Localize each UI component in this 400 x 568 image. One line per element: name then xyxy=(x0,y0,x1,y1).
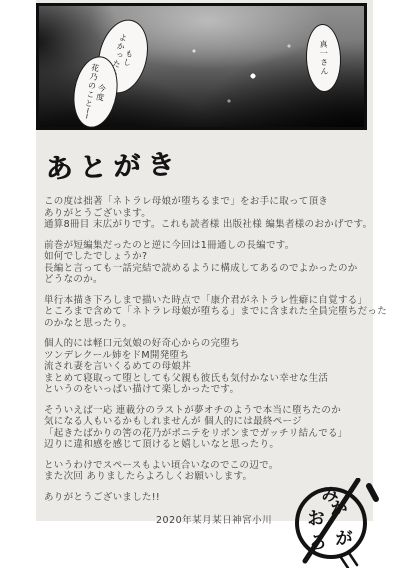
bubble-text-column: 真一さん xyxy=(318,40,329,76)
afterword-line: 長編と言っても一話完結で読めるように構成してあるのでよかったのか xyxy=(44,263,366,275)
signature-doodle-icon: み か お が ろ xyxy=(288,478,398,568)
afterword-line: 如何でしたでしょうか? xyxy=(44,251,366,263)
signature-leg xyxy=(349,553,357,565)
afterword-paragraph: 前巻が短編集だったのと逆に今回は1冊通しの長編です。 如何でしたでしょうか? 長… xyxy=(44,240,366,286)
signature-leg xyxy=(340,556,348,568)
signature-stroke xyxy=(369,486,376,499)
afterword-line: どうなのか。 xyxy=(44,274,366,286)
afterword-line: 前巻が短編集だったのと逆に今回は1冊通しの長編です。 xyxy=(44,240,366,252)
afterword-line: 流され妻を言いくるめての母娘丼 xyxy=(44,361,366,373)
afterword-line: 個人的には軽口元気娘の好奇心からの完堕ち xyxy=(44,338,366,350)
signature-kana: ろ xyxy=(310,533,327,553)
afterword-line: 単行本描き下ろしまで描いた時点で「康介君がネトラレ性癖に自覚する」 xyxy=(44,295,366,307)
afterword-line: 辺りに違和感を感じて頂けると嬉しいなと思ったり。 xyxy=(44,439,366,451)
afterword-paragraph: 単行本描き下ろしまで描いた時点で「康介君がネトラレ性癖に自覚する」 ところまで含… xyxy=(44,295,366,330)
signature-kana: お xyxy=(308,509,325,529)
speech-bubble-text: 真一さん xyxy=(318,40,329,76)
afterword-paragraph: 個人的には軽口元気娘の好奇心からの完堕ち ツンデレクール姉をドM開発堕ち 流され… xyxy=(44,338,366,396)
speech-bubble-text: 今度 花乃のこと── xyxy=(81,62,111,121)
afterword-line: そういえば一応 連載分のラストが夢オチのようで本当に堕ちたのか xyxy=(44,405,366,417)
afterword-line: 気になる人もいるかもしれませんが 個人的には最終ページ xyxy=(44,416,366,428)
afterword-line: この度は拙著「ネトラレ母娘が堕ちるまで」をお手に取って頂き xyxy=(44,196,366,208)
afterword-line: というのをいっぱい描けて楽しかったです。 xyxy=(44,384,366,396)
signature-kana: か xyxy=(331,499,348,519)
afterword-section: あとがき この度は拙著「ネトラレ母娘が堕ちるまで」をお手に取って頂き ありがとう… xyxy=(44,147,366,526)
afterword-line: ありがとうございます。 xyxy=(44,208,366,220)
afterword-line: 「起きたばかりの筈の花乃がポニテをリボンまでガッチリ結んでる」 xyxy=(44,428,366,440)
afterword-line: ところまで含めて「ネトラレ母娘が堕ちる」までに含まれた全員完堕ちだった xyxy=(44,306,366,318)
afterword-line: のかなと思ったり。 xyxy=(44,318,366,330)
signature-kana: が xyxy=(336,529,353,549)
afterword-line: というわけでスペースもよい頃合いなのでこの辺で。 xyxy=(44,460,366,472)
afterword-line: ツンデレクール姉をドM開発堕ち xyxy=(44,350,366,362)
manga-afterword-page: { "colors": { "paper_bg": "#eceae7", "pa… xyxy=(0,0,400,568)
afterword-line: まとめて寝取って堕としても父親も彼氏も気付かない幸せな生活 xyxy=(44,373,366,385)
afterword-paragraph: この度は拙著「ネトラレ母娘が堕ちるまで」をお手に取って頂き ありがとうございます… xyxy=(44,196,366,231)
afterword-paragraph: そういえば一応 連載分のラストが夢オチのようで本当に堕ちたのか 気になる人もいる… xyxy=(44,405,366,451)
afterword-line: 通算8冊目 末広がりです。これも読者様 出版社様 編集者様のおかげです。 xyxy=(44,219,366,231)
